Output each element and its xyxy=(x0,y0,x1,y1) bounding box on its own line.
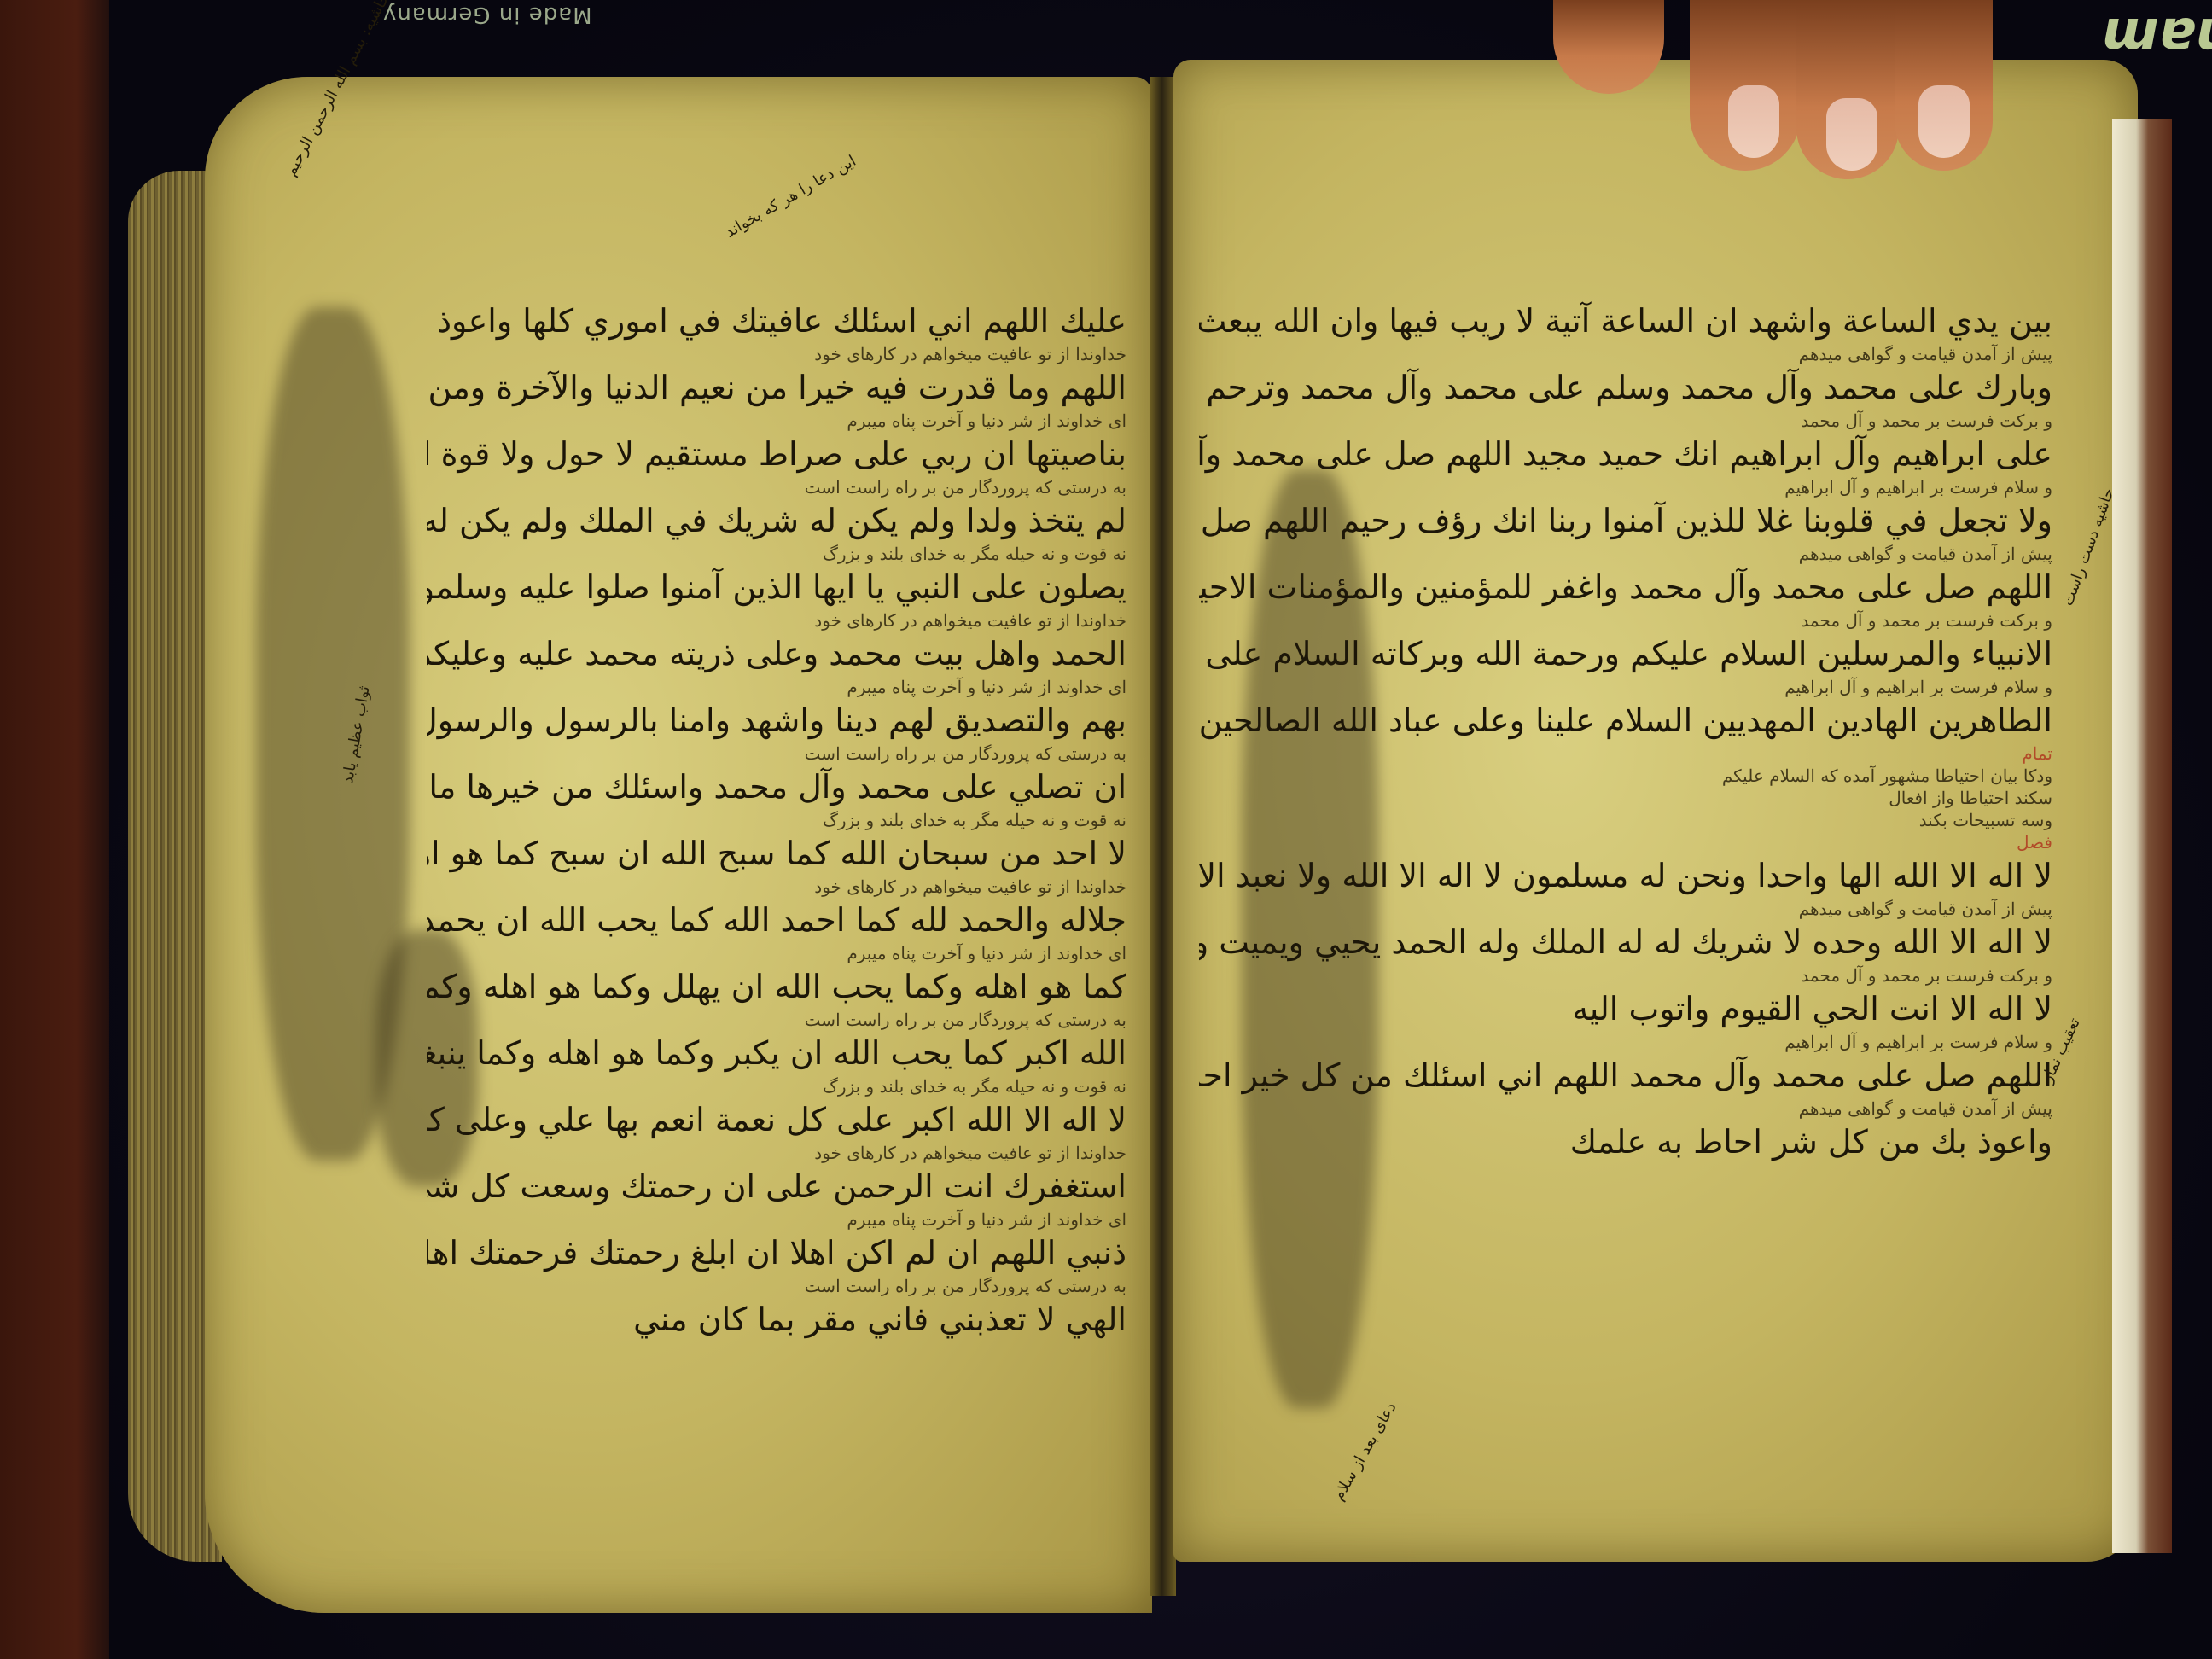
gloss-line: پیش از آمدن قیامت و گواهی میدهم xyxy=(1199,343,2052,365)
text-line: يصلون على النبي يا ايها الذين آمنوا صلوا… xyxy=(427,565,1126,609)
gloss-line: به درستی که پروردگار من بر راه راست است xyxy=(427,1009,1126,1031)
text-line: بين يدي الساعة واشهد ان الساعة آتية لا ر… xyxy=(1199,299,2052,343)
table-edge-left xyxy=(0,0,109,1659)
margin-note: دعای بعد از سلام xyxy=(1330,1400,1401,1505)
text-line: كما هو اهله وكما يحب الله ان يهلل وكما ه… xyxy=(427,964,1126,1009)
text-line: اللهم صل على محمد وآل محمد اللهم اني اسئ… xyxy=(1199,1053,2052,1097)
gloss-line: خداوندا از تو عافیت میخواهم در کارهای خو… xyxy=(427,609,1126,632)
text-line: على ابراهيم وآل ابراهيم انك حميد مجيد ال… xyxy=(1199,432,2052,476)
gloss-line: و برکت فرست بر محمد و آل محمد xyxy=(1199,410,2052,432)
text-line: وبارك على محمد وآل محمد وسلم على محمد وآ… xyxy=(1199,365,2052,410)
text-line: الهي لا تعذبني فاني مقر بما كان مني xyxy=(427,1297,1126,1342)
text-line: لم يتخذ ولدا ولم يكن له شريك في الملك ول… xyxy=(427,498,1126,543)
gloss-line: نه قوت و نه حیله مگر به خدای بلند و بزرگ xyxy=(427,1075,1126,1097)
gloss-line: خداوندا از تو عافیت میخواهم در کارهای خو… xyxy=(427,876,1126,898)
gloss-line: و سلام فرست بر ابراهیم و آل ابراهیم xyxy=(1199,676,2052,698)
text-line: لا اله الا الله اكبر على كل نعمة انعم به… xyxy=(427,1097,1126,1142)
text-line: بناصيتها ان ربي على صراط مستقيم لا حول و… xyxy=(427,432,1126,476)
text-line: جلاله والحمد لله كما احمد الله كما يحب ا… xyxy=(427,898,1126,942)
text-line: اللهم صل على محمد وآل محمد واغفر للمؤمني… xyxy=(1199,565,2052,609)
mat-label-made-in-germany: Made in Germany xyxy=(382,2,592,27)
gloss-line: پیش از آمدن قیامت و گواهی میدهم xyxy=(1199,543,2052,565)
page-edges-right xyxy=(2112,119,2172,1553)
gloss-line: و سلام فرست بر ابراهیم و آل ابراهیم xyxy=(1199,476,2052,498)
finger xyxy=(1690,0,1801,171)
gloss-line: ودكا بيان احتياطا مشهور آمده كه السلام ع… xyxy=(1199,765,2052,787)
gloss-line: ای خداوند از شر دنیا و آخرت پناه میبرم xyxy=(427,1208,1126,1231)
gloss-line: به درستی که پروردگار من بر راه راست است xyxy=(427,476,1126,498)
margin-note: این دعا را هر که بخواند xyxy=(722,152,859,242)
text-line: ولا تجعل في قلوبنا غلا للذين آمنوا ربنا … xyxy=(1199,498,2052,543)
gloss-line: به درستی که پروردگار من بر راه راست است xyxy=(427,742,1126,765)
text-line: ذنبي اللهم ان لم اكن اهلا ان ابلغ رحمتك … xyxy=(427,1231,1126,1275)
red-heading: تمام xyxy=(1199,742,2052,765)
gloss-line: ای خداوند از شر دنیا و آخرت پناه میبرم xyxy=(427,410,1126,432)
text-line: استغفرك انت الرحمن على ان رحمتك وسعت كل … xyxy=(427,1164,1126,1208)
text-line: واعوذ بك من كل شر احاط به علمك xyxy=(1199,1120,2052,1164)
right-page: بين يدي الساعة واشهد ان الساعة آتية لا ر… xyxy=(1173,60,2138,1562)
text-line: الطاهرين الهادين المهديين السلام علينا و… xyxy=(1199,698,2052,742)
text-line: لا اله الا انت الحي القيوم واتوب اليه xyxy=(1199,987,2052,1031)
red-heading: فصل xyxy=(1199,831,2052,853)
gloss-line: ای خداوند از شر دنیا و آخرت پناه میبرم xyxy=(427,676,1126,698)
fingernail xyxy=(1728,85,1779,158)
gloss-line: و برکت فرست بر محمد و آل محمد xyxy=(1199,609,2052,632)
book-gutter xyxy=(1150,77,1176,1596)
open-manuscript: حاشیه: بسم الله الرحمن الرحیم این دعا را… xyxy=(128,51,2159,1621)
gloss-line: ای خداوند از شر دنیا و آخرت پناه میبرم xyxy=(427,942,1126,964)
finger xyxy=(1796,0,1899,179)
text-line: عليك اللهم اني اسئلك عافيتك في اموري كله… xyxy=(427,299,1126,343)
text-line: لا اله الا الله وحده لا شريك له له الملك… xyxy=(1199,920,2052,964)
finger xyxy=(1895,0,1993,171)
left-page: حاشیه: بسم الله الرحمن الرحیم این دعا را… xyxy=(205,77,1152,1613)
gloss-line: نه قوت و نه حیله مگر به خدای بلند و بزرگ xyxy=(427,543,1126,565)
text-line: الله اكبر كما يحب الله ان يكبر وكما هو ا… xyxy=(427,1031,1126,1075)
gloss-line: نه قوت و نه حیله مگر به خدای بلند و بزرگ xyxy=(427,809,1126,831)
gloss-line: پیش از آمدن قیامت و گواهی میدهم xyxy=(1199,1097,2052,1120)
text-line: اللهم وما قدرت فيه خيرا من نعيم الدنيا و… xyxy=(427,365,1126,410)
fingernail xyxy=(1826,98,1877,171)
text-line: بهم والتصديق لهم دينا واشهد وامنا بالرسو… xyxy=(427,698,1126,742)
text-line: الانبياء والمرسلين السلام عليكم ورحمة ال… xyxy=(1199,632,2052,676)
gloss-line: و سلام فرست بر ابراهیم و آل ابراهیم xyxy=(1199,1031,2052,1053)
left-page-text: عليك اللهم اني اسئلك عافيتك في اموري كله… xyxy=(427,299,1126,1342)
text-line: لا اله الا الله الها واحدا ونحن له مسلمو… xyxy=(1199,853,2052,898)
text-line: ان تصلي على محمد وآل محمد واسئلك من خيره… xyxy=(427,765,1126,809)
margin-note: حاشیه دست راست xyxy=(2059,486,2119,608)
thumb xyxy=(1553,0,1664,94)
right-page-text: بين يدي الساعة واشهد ان الساعة آتية لا ر… xyxy=(1199,299,2052,1164)
gloss-line: خداوندا از تو عافیت میخواهم در کارهای خو… xyxy=(427,1142,1126,1164)
text-line: لا احد من سبحان الله كما سبح الله ان سبح… xyxy=(427,831,1126,876)
gloss-line: وسه تسبيحات بكند xyxy=(1199,809,2052,831)
gloss-line: و برکت فرست بر محمد و آل محمد xyxy=(1199,964,2052,987)
gloss-line: خداوندا از تو عافیت میخواهم در کارهای خو… xyxy=(427,343,1126,365)
hand-holding-page xyxy=(1536,0,1997,179)
gloss-line: پیش از آمدن قیامت و گواهی میدهم xyxy=(1199,898,2052,920)
gloss-line: سكند احتياطا واز افعال xyxy=(1199,787,2052,809)
gloss-line: به درستی که پروردگار من بر راه راست است xyxy=(427,1275,1126,1297)
fingernail xyxy=(1918,85,1970,158)
text-line: الحمد واهل بيت محمد وعلى ذريته محمد عليه… xyxy=(427,632,1126,676)
